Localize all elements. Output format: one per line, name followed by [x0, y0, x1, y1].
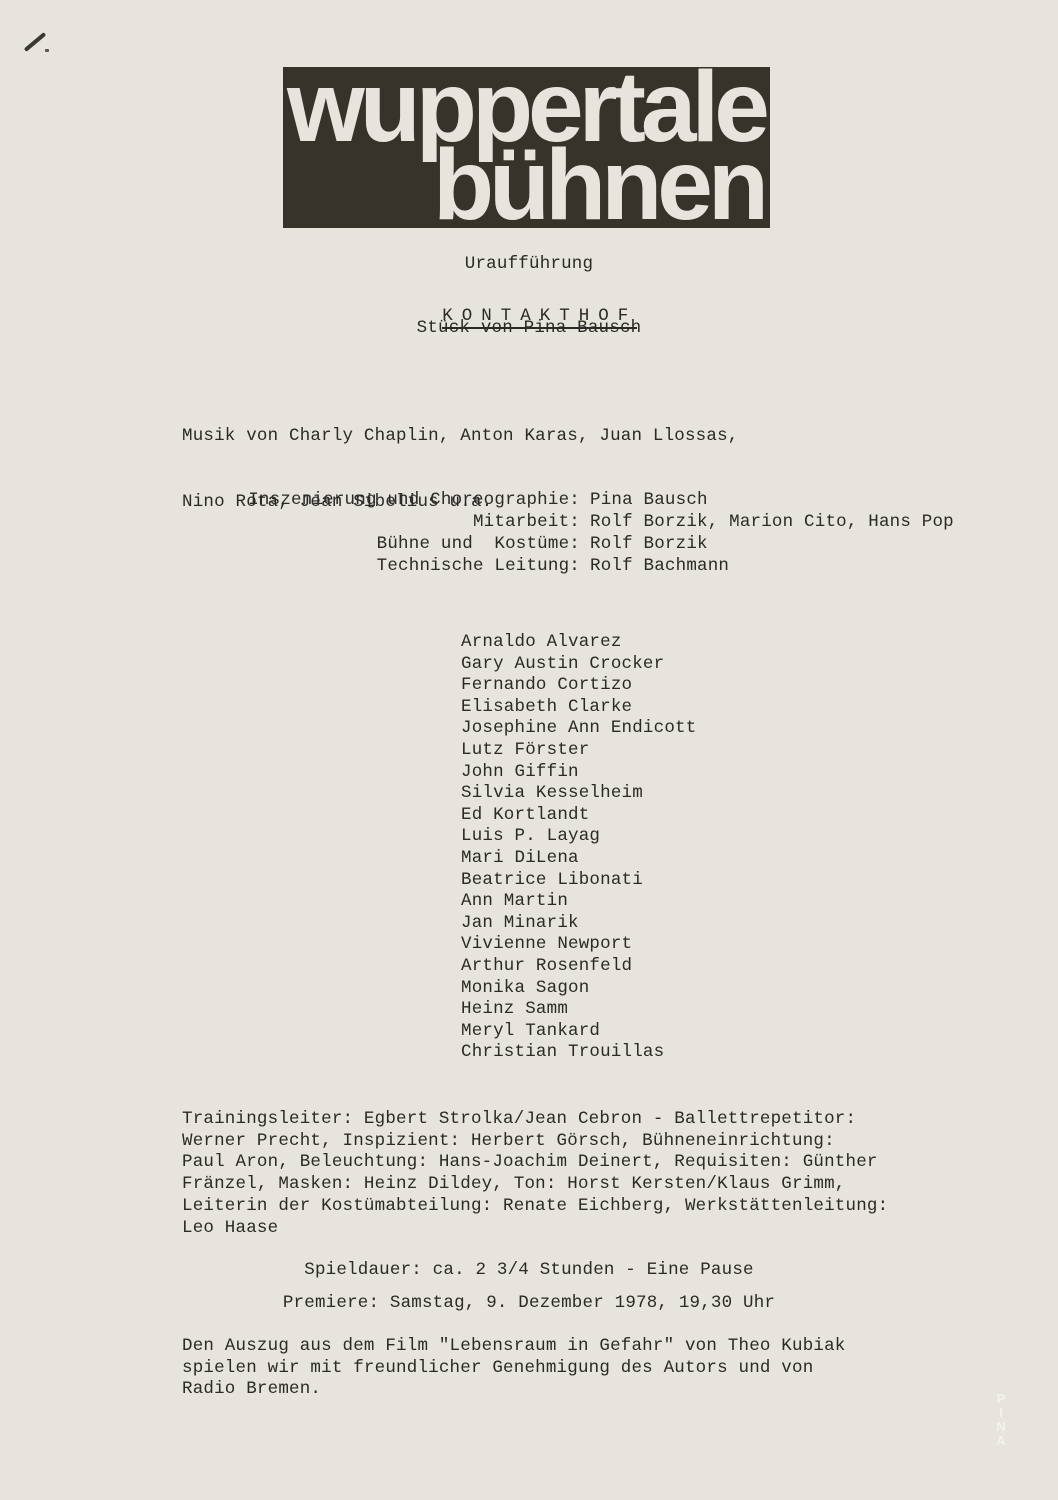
credit-value: Rolf Borzik — [590, 534, 708, 554]
credit-value: Pina Bausch — [590, 490, 708, 510]
staff-line: Fränzel, Masken: Heinz Dildey, Ton: Hors… — [182, 1174, 888, 1196]
note-line: Den Auszug aus dem Film "Lebensraum in G… — [182, 1336, 846, 1358]
cast-member: Ann Martin — [461, 891, 696, 913]
credit-label: Bühne und Kostüme: — [0, 534, 580, 554]
note-line: Radio Bremen. — [182, 1379, 846, 1401]
cast-member: Silvia Kesselheim — [461, 783, 696, 805]
cast-member: Arnaldo Alvarez — [461, 632, 696, 654]
watermark-letter: P — [993, 1392, 1009, 1406]
pen-stroke-mark — [24, 32, 46, 52]
cast-member: Monika Sagon — [461, 978, 696, 1000]
credit-value: Rolf Borzik, Marion Cito, Hans Pop — [590, 512, 954, 532]
subtitle: Stück von Pina Bausch — [0, 318, 1058, 338]
credit-label: Technische Leitung: — [0, 556, 580, 576]
credit-label: Mitarbeit: — [0, 512, 580, 532]
staff-line: Werner Precht, Inspizient: Herbert Görsc… — [182, 1131, 888, 1153]
kicker: Uraufführung — [0, 254, 1058, 274]
cast-list: Arnaldo AlvarezGary Austin CrockerFernan… — [461, 632, 696, 1064]
staff-line: Trainingsleiter: Egbert Strolka/Jean Ceb… — [182, 1109, 888, 1131]
watermark-letter: N — [993, 1420, 1009, 1434]
cast-member: Arthur Rosenfeld — [461, 956, 696, 978]
staff-line: Leo Haase — [182, 1218, 888, 1240]
cast-member: Josephine Ann Endicott — [461, 718, 696, 740]
cast-member: Lutz Förster — [461, 740, 696, 762]
credit-value: Rolf Bachmann — [590, 556, 729, 576]
cast-member: Jan Minarik — [461, 913, 696, 935]
logo-line-2: bühnen — [433, 135, 764, 235]
premiere: Premiere: Samstag, 9. Dezember 1978, 19,… — [0, 1293, 1058, 1313]
staff-credits: Trainingsleiter: Egbert Strolka/Jean Ceb… — [182, 1109, 888, 1239]
pina-watermark: PINA — [993, 1392, 1009, 1448]
cast-member: Beatrice Libonati — [461, 870, 696, 892]
cast-member: Vivienne Newport — [461, 934, 696, 956]
pen-dot-mark — [45, 49, 49, 52]
music-line: Musik von Charly Chaplin, Anton Karas, J… — [182, 426, 739, 448]
watermark-letter: A — [993, 1434, 1009, 1448]
cast-member: John Giffin — [461, 762, 696, 784]
cast-member: Luis P. Layag — [461, 826, 696, 848]
cast-member: Gary Austin Crocker — [461, 654, 696, 676]
duration: Spieldauer: ca. 2 3/4 Stunden - Eine Pau… — [0, 1260, 1058, 1280]
credit-label: Inszenierung und Choreographie: — [0, 490, 580, 510]
cast-member: Mari DiLena — [461, 848, 696, 870]
cast-member: Ed Kortlandt — [461, 805, 696, 827]
wuppertaler-buehnen-logo: wuppertaler bühnen — [283, 67, 770, 228]
staff-line: Paul Aron, Beleuchtung: Hans-Joachim Dei… — [182, 1152, 888, 1174]
note-line: spielen wir mit freundlicher Genehmigung… — [182, 1358, 846, 1380]
cast-member: Christian Trouillas — [461, 1042, 696, 1064]
cast-member: Meryl Tankard — [461, 1021, 696, 1043]
cast-member: Heinz Samm — [461, 999, 696, 1021]
cast-member: Elisabeth Clarke — [461, 697, 696, 719]
film-note: Den Auszug aus dem Film "Lebensraum in G… — [182, 1336, 846, 1401]
staff-line: Leiterin der Kostümabteilung: Renate Eic… — [182, 1196, 888, 1218]
cast-member: Fernando Cortizo — [461, 675, 696, 697]
watermark-letter: I — [993, 1406, 1009, 1420]
